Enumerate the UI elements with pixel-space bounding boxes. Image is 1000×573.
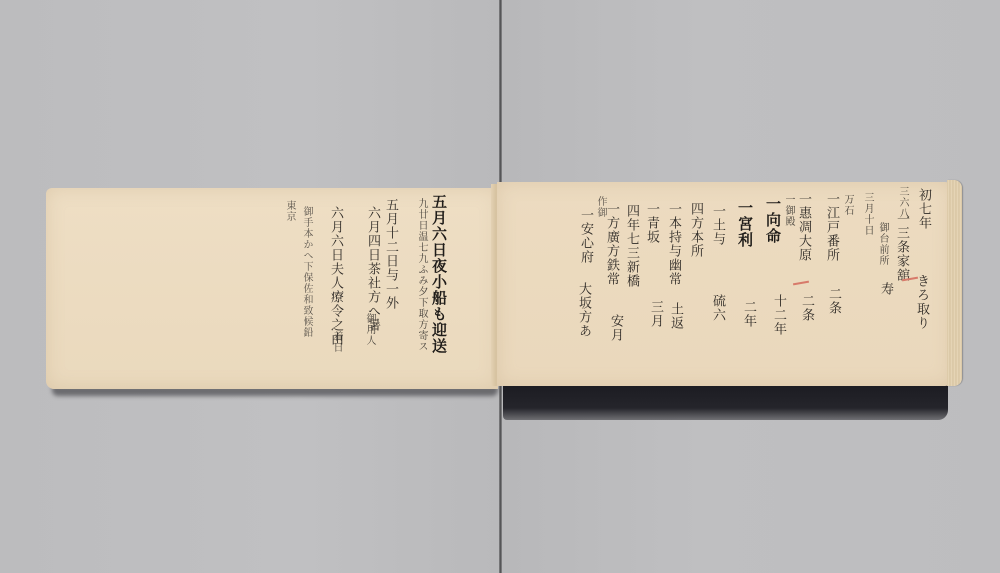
handwritten-column: 二条 [800,294,813,322]
handwritten-column: 着日 [331,331,341,353]
handwritten-column: 大坂方あ [577,282,590,338]
page-edge-stack [947,180,962,386]
handwritten-column: 御用人 [364,313,374,346]
handwritten-column: 安月 [609,314,622,342]
red-ink-mark [793,281,809,286]
handwritten-column: 一江戸番所 [825,192,838,262]
handwritten-column: 一三条家舘 [895,212,908,282]
right-page: 初七年 きろ取り 三六八 一三条家舘 御台前所 寿 三月十日 万石 一江戸番所 … [497,182,951,386]
handwritten-column: 一向命 [765,196,780,244]
handwritten-column: 一安心府 [579,208,592,264]
handwritten-column: 御手本かへ下保佐和致候鉛 [301,206,311,338]
handwritten-column: 九廿日温七九ふみ夕下取方寄ス [416,198,426,352]
handwritten-column: 一本持与幽常 [667,202,680,286]
handwritten-column: 二年 [742,300,755,328]
handwritten-column: 三月 [649,300,662,328]
handwritten-column: 二条 [827,287,840,315]
handwritten-column: 一方廣方鉄常 [605,202,618,286]
handwritten-column: 一宮利 [737,200,752,248]
handwritten-column: 一青坂 [645,202,658,244]
handwritten-column: 万石 [842,194,852,216]
handwritten-column: 東京 [284,200,294,222]
handwritten-column: 初七年 [917,188,930,230]
handwritten-column: 硫六 [711,294,724,322]
handwritten-column: 五月十二日与一外 [384,198,397,310]
right-page-shadow [503,380,948,420]
handwritten-column: 土返 [669,302,682,330]
handwritten-column: 一惠凋大原 [797,192,810,262]
handwritten-column: 十二年 [772,294,785,336]
handwritten-column: 四方本所 [689,202,702,258]
handwritten-column: 寿 [879,282,892,296]
handwritten-column: 四年七三新橋 [625,204,638,288]
handwritten-column: 作御 [595,196,605,218]
handwritten-column: 六月六日夫人療令之由 [329,206,342,346]
handwritten-column: きろ取り [915,274,928,330]
handwritten-column: 一土与 [711,204,724,246]
handwritten-column: 五月六日夜小船も迎送 [431,194,446,354]
left-page: 五月六日夜小船も迎送 九廿日温七九ふみ夕下取方寄ス 五月十二日与一外 六月四日茶… [46,188,498,389]
handwritten-column: 一御殿 [783,194,793,227]
handwritten-column: 三月十日 [862,192,872,236]
handwritten-column: 御台前所 [877,222,887,266]
